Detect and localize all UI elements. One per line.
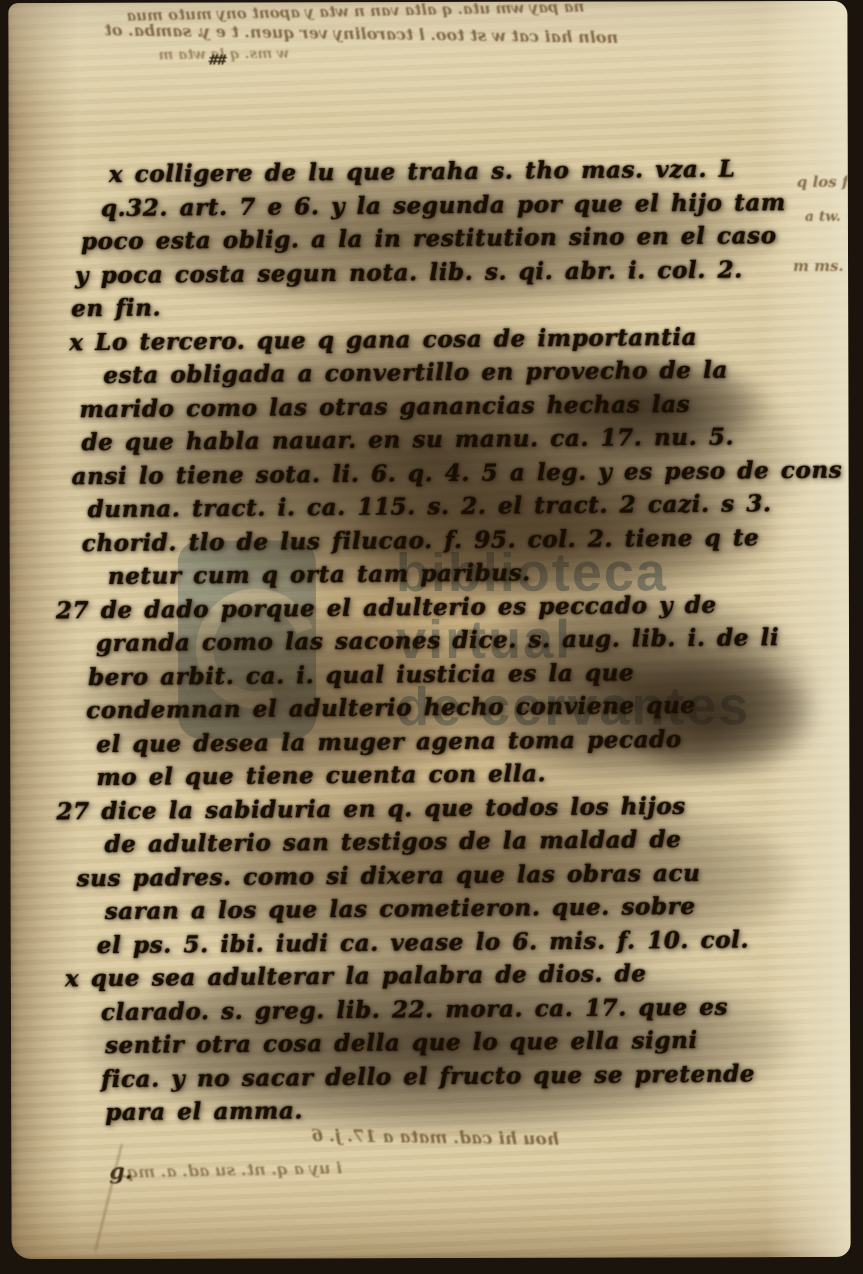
manuscript-photo: na pay wm uta. q alta van n wta y apont … <box>0 0 863 1274</box>
manuscript-line: x colligere de lu que traha s. tho mas. … <box>109 152 842 192</box>
margin-mark: q los f <box>797 173 849 191</box>
manuscript-page: na pay wm uta. q alta van n wta y apont … <box>8 1 850 1259</box>
manuscript-line: para el amma. <box>105 1090 844 1130</box>
margin-mark: m ms. <box>793 257 844 275</box>
manuscript-text-block: x colligere de lu que traha s. tho mas. … <box>55 154 844 1128</box>
margin-mark: a tw. <box>805 209 841 225</box>
folio-mark: ## <box>208 53 225 69</box>
show-through-bottom-line: hou hi cad. mata a 17. j. 6 <box>311 1126 559 1150</box>
